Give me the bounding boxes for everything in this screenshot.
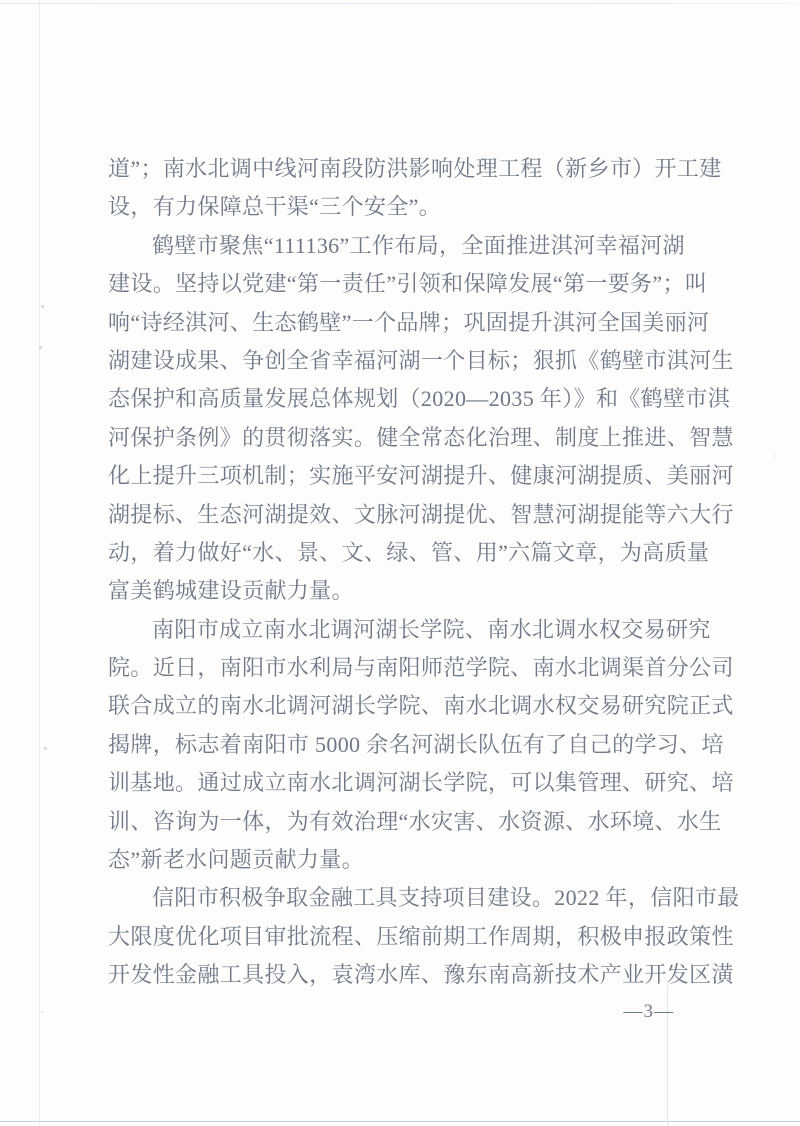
text-line: 态保护和高质量发展总体规划（2020—2035 年）》和《鹤壁市淇	[108, 380, 728, 418]
scan-speck	[41, 1011, 43, 1013]
page-number: —3—	[624, 1001, 675, 1023]
text-line: 湖建设成果、争创全省幸福河湖一个目标；狠抓《鹤壁市淇河生	[108, 342, 728, 380]
text-line: 联合成立的南水北调河湖长学院、南水北调水权交易研究院正式	[108, 687, 728, 725]
text-line: 河保护条例》的贯彻落实。健全常态化治理、制度上推进、智慧	[108, 419, 728, 457]
scan-speck	[39, 346, 42, 349]
document-page: 道”；南水北调中线河南段防洪影响处理工程（新乡市）开工建设，有力保障总干渠“三个…	[0, 0, 800, 1126]
scan-edge-bottom	[0, 1121, 800, 1122]
text-line: 设，有力保障总干渠“三个安全”。	[108, 188, 728, 226]
text-line: 鹤壁市聚焦“111136”工作布局，全面推进淇河幸福河湖	[108, 227, 728, 265]
text-line: 开发性金融工具投入，袁湾水库、豫东南高新技术产业开发区潢	[108, 956, 728, 994]
scan-edge-top	[0, 3, 800, 4]
text-line: 道”；南水北调中线河南段防洪影响处理工程（新乡市）开工建	[108, 150, 728, 188]
scan-speck	[44, 747, 47, 750]
text-line: 建设。坚持以党建“第一责任”引领和保障发展“第一要务”；叫	[108, 265, 728, 303]
text-line: 大限度优化项目审批流程、压缩前期工作周期，积极申报政策性	[108, 918, 728, 956]
scan-edge-left	[39, 0, 40, 1126]
text-line: 训、咨询为一体，为有效治理“水灾害、水资源、水环境、水生	[108, 803, 728, 841]
text-line: 态”新老水问题贡献力量。	[108, 841, 728, 879]
body-text: 道”；南水北调中线河南段防洪影响处理工程（新乡市）开工建设，有力保障总干渠“三个…	[108, 150, 728, 995]
text-line: 训基地。通过成立南水北调河湖长学院，可以集管理、研究、培	[108, 764, 728, 802]
text-line: 揭牌，标志着南阳市 5000 余名河湖长队伍有了自己的学习、培	[108, 726, 728, 764]
text-line: 动，着力做好“水、景、文、绿、管、用”六篇文章，为高质量	[108, 534, 728, 572]
text-line: 院。近日，南阳市水利局与南阳师范学院、南水北调渠首分公司	[108, 649, 728, 687]
text-line: 化上提升三项机制；实施平安河湖提升、健康河湖提质、美丽河	[108, 457, 728, 495]
text-line: 湖提标、生态河湖提效、文脉河湖提优、智慧河湖提能等六大行	[108, 496, 728, 534]
text-line: 信阳市积极争取金融工具支持项目建设。2022 年，信阳市最	[108, 879, 728, 917]
scan-speck	[41, 305, 44, 308]
text-line: 响“诗经淇河、生态鹤壁”一个品牌；巩固提升淇河全国美丽河	[108, 304, 728, 342]
scan-speck	[774, 455, 776, 457]
text-line: 富美鹤城建设贡献力量。	[108, 572, 728, 610]
text-line: 南阳市成立南水北调河湖长学院、南水北调水权交易研究	[108, 611, 728, 649]
